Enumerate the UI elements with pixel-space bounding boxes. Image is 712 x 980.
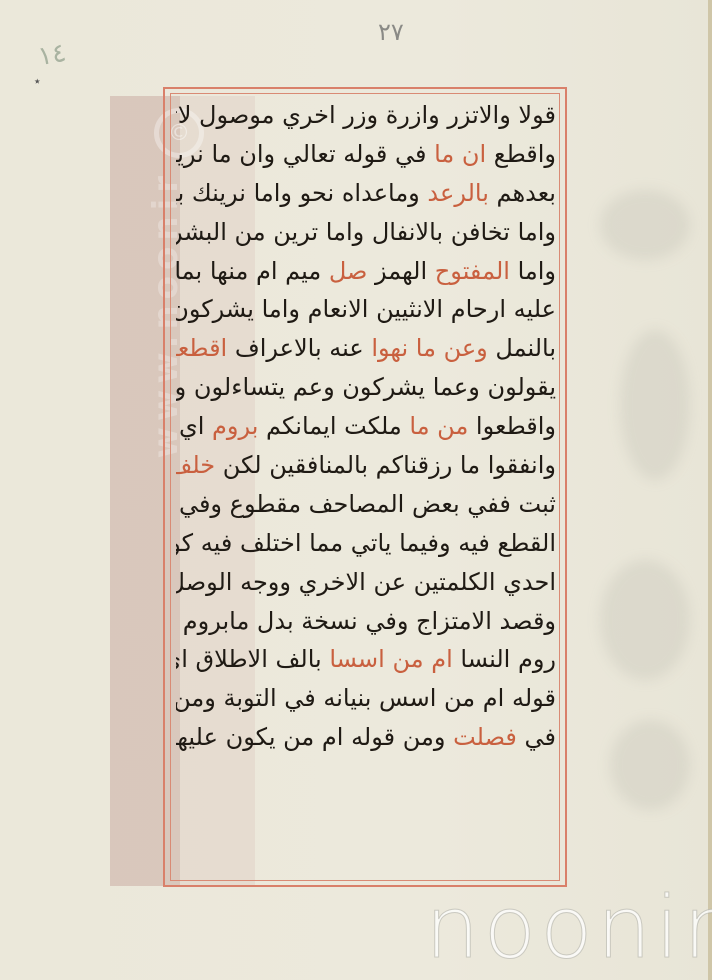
body-text: يقولون وعما يشركون وعم يتساءلون وعما قلي… (176, 373, 556, 401)
stain (610, 720, 690, 810)
manuscript-line: واما المفتوح الهمز صل ميم ام منها بما ال… (176, 252, 556, 291)
rubric-text: بروم (212, 412, 258, 440)
body-text: واما تخافن بالانفال واما ترين من البشر ا… (176, 218, 556, 246)
body-text: قوله ام من اسس بنيانه في التوبة ومن قوله… (176, 684, 556, 712)
manuscript-line: واقطعوا من ما ملكت ايمانكم بروم اي بسورة… (176, 407, 556, 446)
manuscript-line: واما تخافن بالانفال واما ترين من البشر ا… (176, 213, 556, 252)
body-text: احدي الكلمتين عن الاخري ووجه الوصل التقو… (176, 568, 556, 596)
body-text: في (517, 723, 556, 751)
manuscript-line: قوله ام من اسس بنيانه في التوبة ومن قوله… (176, 679, 556, 718)
body-text: وانفقوا ما رزقناكم بالمنافقين لكن (215, 451, 556, 479)
manuscript-line: احدي الكلمتين عن الاخري ووجه الوصل التقو… (176, 563, 556, 602)
manuscript-line: واقطع ان ما في قوله تعالي وان ما نرينك ب… (176, 135, 556, 174)
folio-number: ٢٧ (378, 18, 404, 46)
body-text: بالنمل (488, 334, 556, 362)
rubric-text: المفتوح (435, 257, 510, 285)
manuscript-line: القطع فيه وفيما ياتي مما اختلف فيه كون ا… (176, 524, 556, 563)
body-text: الهمز (367, 257, 434, 285)
rubric-text: وعن ما نهوا (371, 334, 487, 362)
site-watermark: noonir (425, 885, 712, 971)
manuscript-line: ثبت ففي بعض المصاحف مقطوع وفي بعضها موصو… (176, 485, 556, 524)
margin-number: ١٤ (36, 38, 69, 72)
body-text: القطع فيه وفيما ياتي مما اختلف فيه كون ا… (176, 529, 556, 557)
binding-edge (708, 0, 712, 980)
body-text: ومن قوله ام من يكون عليهم وكيلا في (176, 723, 453, 751)
rubric-text: بالرعد (427, 179, 488, 207)
stain (600, 190, 690, 260)
body-text: اي بسورة الروم (176, 412, 212, 440)
body-text: في قوله تعالي وان ما نرينك بعض الذي (176, 140, 434, 168)
rubric-text: صل (329, 257, 368, 285)
rubric-text: من ما (409, 412, 468, 440)
body-text: واما (510, 257, 556, 285)
rubric-text: اقطعوا (176, 334, 227, 362)
rubric-text: ام من اسسا (329, 645, 452, 673)
manuscript-line: يقولون وعما يشركون وعم يتساءلون وعما قلي… (176, 368, 556, 407)
rubric-text: ان ما (434, 140, 486, 168)
body-text: عنه بالاعراف (227, 334, 371, 362)
stain (600, 560, 690, 680)
body-text: وماعداه نحو واما نرينك بيونس وغافر (176, 179, 427, 207)
manuscript-line: في فصلت ومن قوله ام من يكون عليهم وكيلا … (176, 718, 556, 757)
manuscript-line: بالنمل وعن ما نهوا عنه بالاعراف اقطعوا و… (176, 329, 556, 368)
body-text: وقصد الامتزاج وفي نسخة بدل مابروم والنسا… (176, 607, 556, 635)
body-text: واقطعوا (468, 412, 556, 440)
body-text: واقطع (486, 140, 556, 168)
manuscript-line: بعدهم بالرعد وماعداه نحو واما نرينك بيون… (176, 174, 556, 213)
manuscript-line: وانفقوا ما رزقناكم بالمنافقين لكن خلف ما… (176, 446, 556, 485)
body-text: بعدهم (489, 179, 556, 207)
stain (620, 330, 690, 480)
rubric-text: خلف (176, 451, 215, 479)
body-text: قولا والاتزر وازرة وزر اخري موصول لاترسم… (176, 101, 556, 129)
body-text: عليه ارحام الانثيين الانعام واما يشركون … (176, 295, 556, 323)
manuscript-line: وقصد الامتزاج وفي نسخة بدل مابروم والنسا… (176, 602, 556, 641)
body-text: بالف الاطلاق اي واقطعوا ام من (176, 645, 329, 673)
manuscript-line: عليه ارحام الانثيين الانعام واما يشركون … (176, 290, 556, 329)
rubric-text: فصلت (453, 723, 517, 751)
body-text: روم النسا (453, 645, 556, 673)
manuscript-page: ٢٧ ١٤ ٭ © www.noonir قولا والاتزر وازرة … (0, 0, 712, 980)
manuscript-line: قولا والاتزر وازرة وزر اخري موصول لاترسم… (176, 96, 556, 135)
body-text: ملكت ايمانكم (258, 412, 409, 440)
margin-mark: ٭ (34, 74, 41, 88)
manuscript-line: روم النسا ام من اسسا بالف الاطلاق اي واق… (176, 640, 556, 679)
body-text: ميم ام منها بما الاسمية نحو اما اشتملت (176, 257, 329, 285)
body-text: ثبت ففي بعض المصاحف مقطوع وفي بعضها موصو… (176, 490, 556, 518)
manuscript-text-block: قولا والاتزر وازرة وزر اخري موصول لاترسم… (176, 96, 556, 757)
